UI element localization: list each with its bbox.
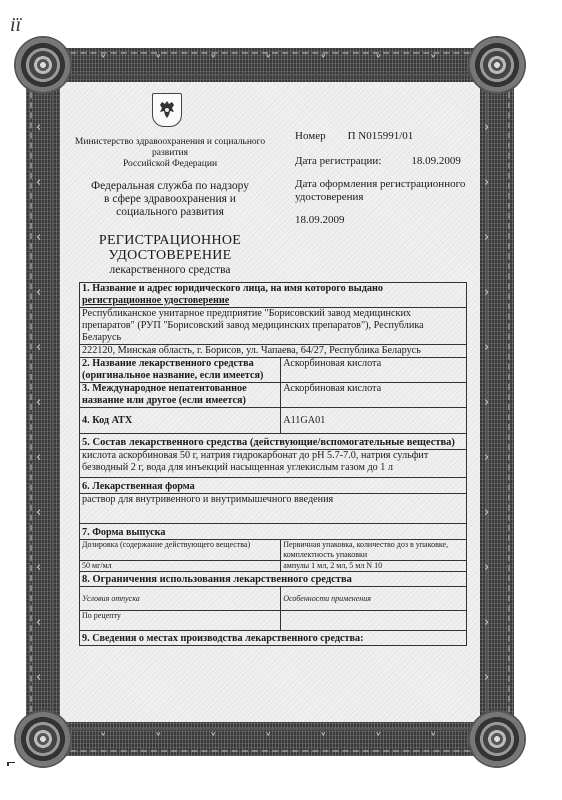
- holder-name: Республиканское унитарное предприятие "Б…: [80, 308, 467, 345]
- chevron-ornament-icon: ˅: [100, 732, 107, 747]
- chevron-ornament-icon: ˅: [320, 54, 327, 69]
- chevron-ornament-icon: ›: [484, 340, 489, 355]
- packaging-header: Первичная упаковка, количество доз в упа…: [281, 540, 467, 561]
- title-line: РЕГИСТРАЦИОННОЕ: [60, 233, 280, 248]
- holder-address: 222120, Минская область, г. Борисов, ул.…: [80, 345, 467, 358]
- packaging-header-line: комплектность упаковки: [283, 550, 464, 560]
- ministry-name: Министерство здравоохранения и социально…: [60, 137, 280, 170]
- dosage-value: 50 мг/мл: [80, 561, 281, 572]
- service-line: социального развития: [60, 206, 280, 219]
- handwritten-page-mark: ії: [10, 14, 21, 37]
- chevron-ornament-icon: ‹: [36, 175, 41, 190]
- chevron-ornament-icon: ‹: [36, 450, 41, 465]
- section-8-header-row: Условия отпуска Особенности применения: [80, 587, 467, 611]
- section-6-body-row: раствор для внутривенного и внутримышечн…: [80, 494, 467, 524]
- rosette-ornament-icon: [16, 712, 70, 766]
- holder-line: Беларусь: [82, 332, 464, 344]
- section-title-line: 1. Название и адрес юридического лица, н…: [82, 283, 464, 295]
- reg-date-row: Дата регистрации: 18.09.2009: [295, 155, 470, 168]
- packaging-value: ампулы 1 мл, 2 мл, 5 мл N 10: [281, 561, 467, 572]
- chevron-ornament-icon: ›: [484, 395, 489, 410]
- section-title-line: регистрационное удостоверение: [82, 295, 464, 307]
- chevron-ornament-icon: ›: [484, 175, 489, 190]
- section-1-body-row: Республиканское унитарное предприятие "Б…: [80, 308, 467, 345]
- section-6-title-row: 6. Лекарственная форма: [80, 478, 467, 494]
- section-7-value-row: 50 мг/мл ампулы 1 мл, 2 мл, 5 мл N 10: [80, 561, 467, 572]
- section-8-title-row: 8. Ограничения использования лекарственн…: [80, 572, 467, 587]
- chevron-ornament-icon: ‹: [36, 615, 41, 630]
- chevron-ornament-icon: ˅: [375, 732, 382, 747]
- section-title-line: 3. Международное непатентованное: [82, 383, 278, 395]
- chevron-ornament-icon: ›: [484, 285, 489, 300]
- chevron-ornament-icon: ›: [484, 505, 489, 520]
- chevron-ornament-icon: ‹: [36, 340, 41, 355]
- chevron-ornament-icon: ‹: [36, 670, 41, 685]
- issue-date-value: 18.09.2009: [295, 214, 470, 227]
- chevron-ornament-icon: ˅: [265, 732, 272, 747]
- chevron-ornament-icon: ‹: [36, 120, 41, 135]
- scan-corner-mark: [7, 762, 15, 766]
- dosage-header: Дозировка (содержание действующего вещес…: [80, 540, 281, 561]
- rosette-ornament-icon: [470, 38, 524, 92]
- rosette-ornament-icon: [470, 712, 524, 766]
- ministry-line: Министерство здравоохранения и социально…: [60, 137, 280, 148]
- reg-date-value: 18.09.2009: [411, 155, 461, 168]
- chevron-ornament-icon: ‹: [36, 285, 41, 300]
- section-title-line: 2. Название лекарственного средства: [82, 358, 278, 370]
- section-5-title: 5. Состав лекарственного средства (дейст…: [80, 434, 467, 450]
- certificate-table: 1. Название и адрес юридического лица, н…: [79, 282, 467, 646]
- chevron-ornament-icon: ˅: [430, 54, 437, 69]
- section-1-title: 1. Название и адрес юридического лица, н…: [80, 283, 467, 308]
- section-4-row: 4. Код АТХ A11GA01: [80, 408, 467, 434]
- section-3-title: 3. Международное непатентованное названи…: [80, 383, 281, 408]
- number-row: Номер П N015991/01: [295, 130, 470, 143]
- reg-date-label: Дата регистрации:: [295, 155, 381, 168]
- section-3-row: 3. Международное непатентованное названи…: [80, 383, 467, 408]
- composition-value: кислота аскорбиновая 50 г, натрия гидрок…: [80, 450, 467, 478]
- registration-info: Номер П N015991/01 Дата регистрации: 18.…: [295, 130, 470, 227]
- chevron-ornament-icon: ›: [484, 615, 489, 630]
- section-2-title: 2. Название лекарственного средства (ори…: [80, 358, 281, 383]
- chevron-ornament-icon: ˅: [265, 54, 272, 69]
- issue-date-label-line: Дата оформления регистрационного: [295, 178, 470, 191]
- section-7-title: 7. Форма выпуска: [80, 524, 467, 540]
- section-8-title: 8. Ограничения использования лекарственн…: [80, 572, 467, 587]
- chevron-ornament-icon: ˅: [320, 732, 327, 747]
- section-5-body-row: кислота аскорбиновая 50 г, натрия гидрок…: [80, 450, 467, 478]
- section-7-title-row: 7. Форма выпуска: [80, 524, 467, 540]
- chevron-ornament-icon: ›: [484, 120, 489, 135]
- certificate-title: РЕГИСТРАЦИОННОЕ УДОСТОВЕРЕНИЕ: [60, 233, 280, 263]
- chevron-ornament-icon: ›: [484, 670, 489, 685]
- holder-line: Республиканское унитарное предприятие "Б…: [82, 308, 464, 320]
- chevron-ornament-icon: ›: [484, 560, 489, 575]
- issue-date-label: Дата оформления регистрационного удостов…: [295, 178, 470, 204]
- section-9-title: 9. Сведения о местах производства лекарс…: [80, 631, 467, 646]
- title-line: УДОСТОВЕРЕНИЕ: [60, 248, 280, 263]
- chevron-ornament-icon: ˅: [155, 732, 162, 747]
- coat-of-arms-emblem: [152, 93, 182, 127]
- dosage-form-value: раствор для внутривенного и внутримышечн…: [80, 494, 467, 524]
- section-9-title-row: 9. Сведения о местах производства лекарс…: [80, 631, 467, 646]
- chevron-ornament-icon: ˅: [375, 54, 382, 69]
- issue-date-label-line: удостоверения: [295, 191, 470, 204]
- section-1-title-row: 1. Название и адрес юридического лица, н…: [80, 283, 467, 308]
- certificate-subtitle: лекарственного средства: [60, 263, 280, 277]
- ministry-line: Российской Федерации: [60, 159, 280, 170]
- issuer-block: Министерство здравоохранения и социально…: [60, 137, 280, 277]
- chevron-ornament-icon: ‹: [36, 395, 41, 410]
- section-4-title: 4. Код АТХ: [80, 408, 281, 434]
- section-6-title: 6. Лекарственная форма: [80, 478, 467, 494]
- service-line: Федеральная служба по надзору: [60, 180, 280, 193]
- section-1-address-row: 222120, Минская область, г. Борисов, ул.…: [80, 345, 467, 358]
- section-2-row: 2. Название лекарственного средства (ори…: [80, 358, 467, 383]
- number-label: Номер: [295, 130, 326, 143]
- number-value: П N015991/01: [348, 130, 414, 143]
- section-5-title-row: 5. Состав лекарственного средства (дейст…: [80, 434, 467, 450]
- chevron-ornament-icon: ‹: [36, 560, 41, 575]
- usage-header: Особенности применения: [281, 587, 467, 611]
- section-title-line: название или другое (если имеется): [82, 395, 278, 407]
- chevron-ornament-icon: ‹: [36, 230, 41, 245]
- chevron-ornament-icon: ˅: [155, 54, 162, 69]
- chevron-ornament-icon: ‹: [36, 505, 41, 520]
- chevron-ornament-icon: ˅: [210, 54, 217, 69]
- packaging-header-line: Первичная упаковка, количество доз в упа…: [283, 540, 464, 550]
- composition-line: кислота аскорбиновая 50 г, натрия гидрок…: [82, 450, 464, 462]
- chevron-ornament-icon: ›: [484, 230, 489, 245]
- trade-name-value: Аскорбиновая кислота: [281, 358, 467, 383]
- chevron-ornament-icon: ˅: [210, 732, 217, 747]
- chevron-ornament-icon: ›: [484, 450, 489, 465]
- section-8-value-row: По рецепту: [80, 611, 467, 631]
- section-7-header-row: Дозировка (содержание действующего вещес…: [80, 540, 467, 561]
- service-line: в сфере здравоохранения и: [60, 193, 280, 206]
- rosette-ornament-icon: [16, 38, 70, 92]
- atc-code-value: A11GA01: [281, 408, 467, 434]
- section-title-line: (оригинальное название, если имеется): [82, 370, 278, 382]
- double-headed-eagle-icon: [156, 98, 178, 122]
- holder-line: препаратов" (РУП "Борисовский завод меди…: [82, 320, 464, 332]
- inn-value: Аскорбиновая кислота: [281, 383, 467, 408]
- ministry-line: развития: [60, 148, 280, 159]
- dispensing-header: Условия отпуска: [80, 587, 281, 611]
- chevron-ornament-icon: ˅: [100, 54, 107, 69]
- dispensing-value: По рецепту: [80, 611, 281, 631]
- service-name: Федеральная служба по надзору в сфере зд…: [60, 180, 280, 219]
- composition-line: безводный 2 г, вода для инъекций насыщен…: [82, 462, 464, 474]
- usage-value: [281, 611, 467, 631]
- chevron-ornament-icon: ˅: [430, 732, 437, 747]
